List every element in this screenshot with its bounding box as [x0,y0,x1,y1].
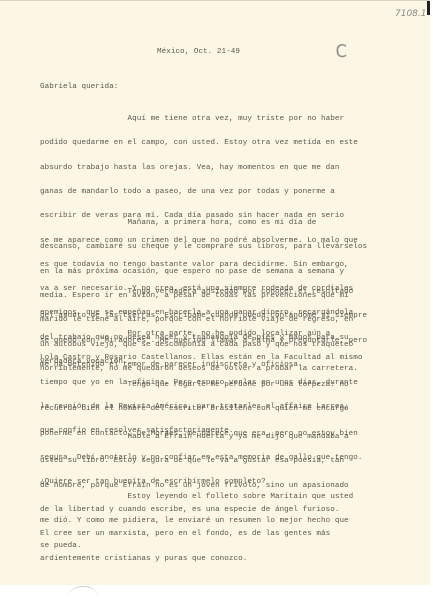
paragraph-line: ganas de mandarlo todo a paseo, de una v… [40,188,358,196]
scan-artifact-curve [68,586,98,600]
paragraph-line: usted su libro. Estoy segura de que le v… [40,457,349,465]
letter-page: 7108.1 C México, Oct. 21-49 Gabriela que… [0,0,430,585]
paragraph-line: Hablé a Efraín Huerta y ya me dijo que m… [40,433,349,441]
paragraph-line: Mañana, a primera hora, como es mi día d… [40,219,367,227]
paragraph-line: Estoy leyendo el folleto sobre Maritain … [40,493,353,501]
paragraph-line: recuerdo bien el nombre del escritor bra… [40,405,363,413]
paragraph-line: Aquí me tiene otra vez, muy triste por n… [40,115,358,123]
paragraph-line: Tengo verdadera ansiedad por conocer el … [40,288,367,296]
page-edge-shadow [427,1,430,15]
paragraph-line: Tengo que rogarle me perdone por una tor… [40,381,363,389]
paragraph-line: descanso, cambiaré su cheque y le compra… [40,243,367,251]
paragraph-line: podido quedarme en el campo, con usted. … [40,139,358,147]
scan-margin [0,585,433,600]
paragraph-7: Estoy leyendo el folleto sobre Maritain … [40,477,353,566]
paragraph-line: Por otra parte, no he podido localizar a… [40,330,363,338]
paragraph-line: Lola Castro y Rosario Castellanos. Ellas… [40,354,363,362]
paragraph-line: se pueda. [40,542,353,550]
archive-number-annotation: 7108.1 [395,9,427,19]
paragraph-line: me dió. Y como me pidiera, le enviaré un… [40,517,353,525]
letter-date: México, Oct. 21-49 [157,48,240,56]
letter-salutation: Gabriela querida: [40,83,118,91]
archive-mark-annotation: C [336,41,347,62]
paragraph-line: absurdo trabajo hasta las orejas. Vea, h… [40,164,358,172]
